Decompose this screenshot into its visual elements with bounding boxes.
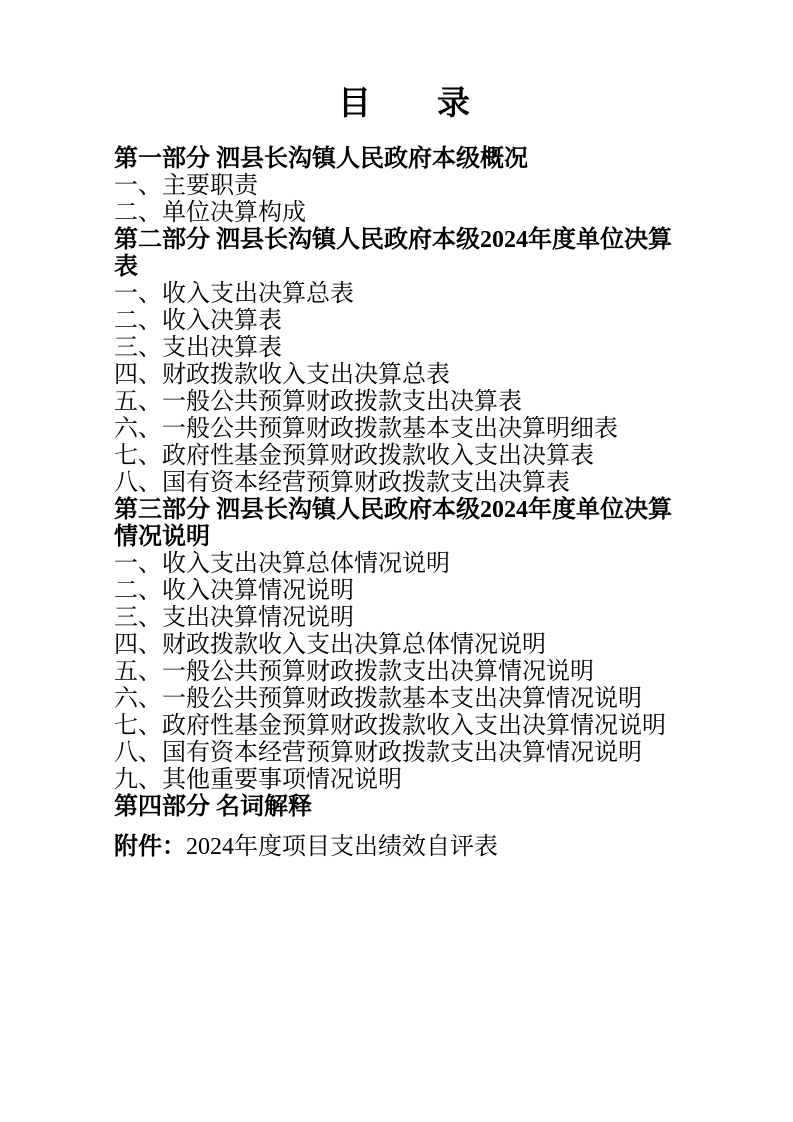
- toc-section-2-item-8: 八、国有资本经营预算财政拨款支出决算表: [114, 470, 694, 497]
- toc-section-3-item-5: 五、一般公共预算财政拨款支出决算情况说明: [114, 659, 694, 686]
- document-page: 目 录 第一部分 泗县长沟镇人民政府本级概况 一、主要职责 二、单位决算构成 第…: [0, 0, 793, 1122]
- page-title: 目 录: [114, 84, 694, 124]
- toc: 第一部分 泗县长沟镇人民政府本级概况 一、主要职责 二、单位决算构成 第二部分 …: [114, 146, 694, 861]
- toc-section-1-heading: 第一部分 泗县长沟镇人民政府本级概况: [114, 146, 694, 173]
- toc-section-3-item-2: 二、收入决算情况说明: [114, 578, 694, 605]
- toc-section-2-item-4: 四、财政拨款收入支出决算总表: [114, 362, 694, 389]
- toc-section-4-heading: 第四部分 名词解释: [114, 794, 694, 821]
- toc-section-1: 第一部分 泗县长沟镇人民政府本级概况 一、主要职责 二、单位决算构成: [114, 146, 694, 227]
- toc-section-2-heading: 第二部分 泗县长沟镇人民政府本级2024年度单位决算表: [114, 227, 694, 281]
- toc-section-2-item-2: 二、收入决算表: [114, 308, 694, 335]
- toc-section-3-heading: 第三部分 泗县长沟镇人民政府本级2024年度单位决算情况说明: [114, 497, 694, 551]
- attachment-label: 附件：: [114, 834, 186, 860]
- toc-section-2-item-3: 三、支出决算表: [114, 335, 694, 362]
- toc-section-2-item-1: 一、收入支出决算总表: [114, 281, 694, 308]
- toc-section-3-item-4: 四、财政拨款收入支出决算总体情况说明: [114, 632, 694, 659]
- toc-section-3-item-8: 八、国有资本经营预算财政拨款支出决算情况说明: [114, 740, 694, 767]
- toc-section-4: 第四部分 名词解释: [114, 794, 694, 821]
- toc-section-3-item-9: 九、其他重要事项情况说明: [114, 767, 694, 794]
- toc-section-3-item-6: 六、一般公共预算财政拨款基本支出决算情况说明: [114, 686, 694, 713]
- toc-section-2-item-5: 五、一般公共预算财政拨款支出决算表: [114, 389, 694, 416]
- attachment-title: 2024年度项目支出绩效自评表: [186, 834, 498, 860]
- toc-section-3: 第三部分 泗县长沟镇人民政府本级2024年度单位决算情况说明 一、收入支出决算总…: [114, 497, 694, 794]
- toc-section-3-item-3: 三、支出决算情况说明: [114, 605, 694, 632]
- toc-section-2-item-7: 七、政府性基金预算财政拨款收入支出决算表: [114, 443, 694, 470]
- toc-section-3-item-1: 一、收入支出决算总体情况说明: [114, 551, 694, 578]
- toc-section-2: 第二部分 泗县长沟镇人民政府本级2024年度单位决算表 一、收入支出决算总表 二…: [114, 227, 694, 497]
- toc-section-2-item-6: 六、一般公共预算财政拨款基本支出决算明细表: [114, 416, 694, 443]
- toc-section-1-item-2: 二、单位决算构成: [114, 200, 694, 227]
- toc-section-1-item-1: 一、主要职责: [114, 173, 694, 200]
- attachment-line: 附件：2024年度项目支出绩效自评表: [114, 834, 694, 861]
- toc-section-3-item-7: 七、政府性基金预算财政拨款收入支出决算情况说明: [114, 713, 694, 740]
- toc-content: 目 录 第一部分 泗县长沟镇人民政府本级概况 一、主要职责 二、单位决算构成 第…: [114, 84, 694, 861]
